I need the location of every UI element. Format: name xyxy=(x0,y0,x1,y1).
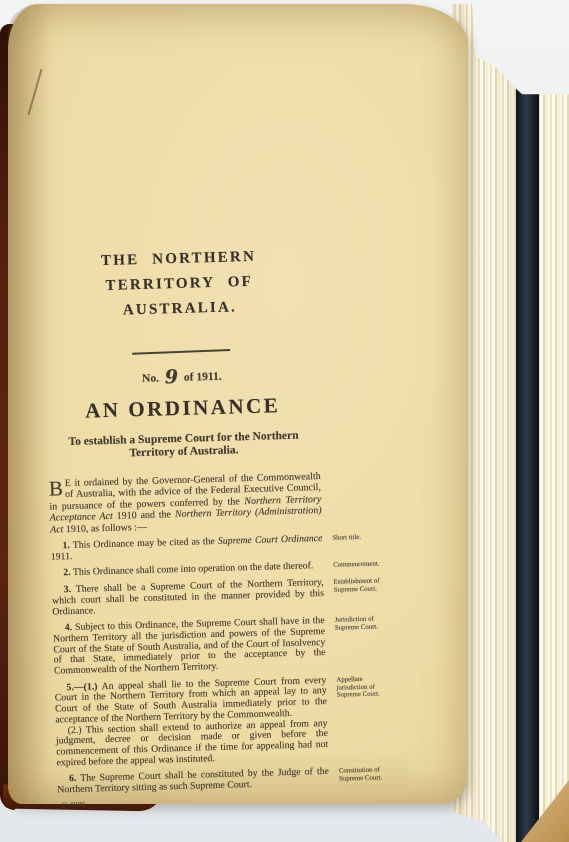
ordinance-number-suffix: of 1911. xyxy=(184,370,222,383)
section-5-paragraph-2: (2.) This section shall extend to author… xyxy=(56,718,329,768)
horizontal-rule xyxy=(132,349,230,354)
section-1-text: This Ordinance may be cited as the xyxy=(70,536,218,551)
section-4-paragraph: 4. Subject to this Ordinance, the Suprem… xyxy=(53,616,326,677)
main-text-column: THE NORTHERN TERRITORY OF AUSTRALIA. No.… xyxy=(42,243,329,809)
section-1: 1. This Ordinance may be cited as the Su… xyxy=(50,534,322,563)
section-5-paragraph: 5.—(1.) An appeal shall lie to the Supre… xyxy=(54,676,328,769)
section-3-text: There shall be a Supreme Court of the No… xyxy=(52,577,324,617)
section-6: 6. The Supreme Court shall be constitute… xyxy=(57,767,329,796)
page-gutter-shadow xyxy=(8,4,52,804)
document-title: THE NORTHERN TERRITORY OF AUSTRALIA. xyxy=(42,243,316,326)
ordinance-number-prefix: No. xyxy=(142,372,159,384)
document-title-line1: THE NORTHERN TERRITORY OF xyxy=(42,243,315,301)
section-4-text: Subject to this Ordinance, the Supreme C… xyxy=(53,615,326,676)
preamble-paragraph: BE it ordained by the Governor-General o… xyxy=(49,471,322,536)
section-2-margin-note: Commencement. xyxy=(333,561,391,570)
page-stack-shading xyxy=(452,0,569,842)
section-6-margin-note: Constitution of Supreme Court. xyxy=(339,766,397,783)
preamble-text-2: 1910 and the xyxy=(113,509,175,522)
ordinance-subtitle: To establish a Supreme Court for the Nor… xyxy=(47,429,320,464)
section-2-text: This Ordinance shall come into operation… xyxy=(70,561,313,579)
sections-list: 1. This Ordinance may be cited as the Su… xyxy=(50,534,329,796)
book-photo-scene: THE NORTHERN TERRITORY OF AUSTRALIA. No.… xyxy=(0,0,569,842)
section-5: 5.—(1.) An appeal shall lie to the Supre… xyxy=(54,676,328,769)
book-cover-navy-band xyxy=(516,88,539,842)
section-6-paragraph: 6. The Supreme Court shall be constitute… xyxy=(57,767,329,796)
section-1-paragraph: 1. This Ordinance may be cited as the Su… xyxy=(50,534,322,563)
printer-mark: C.4986. xyxy=(58,793,330,810)
section-1-margin-note: Short title. xyxy=(332,533,390,542)
section-2-paragraph: 2. This Ordinance shall come into operat… xyxy=(51,561,323,579)
preamble-dropcap: B xyxy=(49,478,66,498)
ordinance-heading: AN ORDINANCE xyxy=(46,392,319,425)
ordinance-number-handwritten: 9 xyxy=(165,365,179,387)
section-3-paragraph: 3. There shall be a Supreme Court of the… xyxy=(52,578,325,618)
section-1-after: 1911. xyxy=(51,551,73,563)
section-1-italic: Supreme Court Ordinance xyxy=(218,533,323,547)
section-3-margin-note: Establishment of Supreme Court. xyxy=(334,577,392,594)
section-4: 4. Subject to this Ordinance, the Suprem… xyxy=(53,616,326,677)
page-stack-fore-edge xyxy=(452,0,569,842)
section-3: 3. There shall be a Supreme Court of the… xyxy=(52,578,325,618)
preamble-text-3: 1910, as follows :— xyxy=(63,521,147,534)
ordinance-number-line: No. 9 of 1911. xyxy=(46,362,319,392)
section-4-margin-note: Jurisdiction of Supreme Court. xyxy=(335,615,393,632)
section-6-text: The Supreme Court shall be constituted b… xyxy=(57,766,329,795)
printed-text-block: THE NORTHERN TERRITORY OF AUSTRALIA. No.… xyxy=(42,242,387,810)
section-5-margin-note: Appellate jurisdiction of Supreme Court. xyxy=(336,675,395,700)
section-2: 2. This Ordinance shall come into operat… xyxy=(51,561,323,579)
